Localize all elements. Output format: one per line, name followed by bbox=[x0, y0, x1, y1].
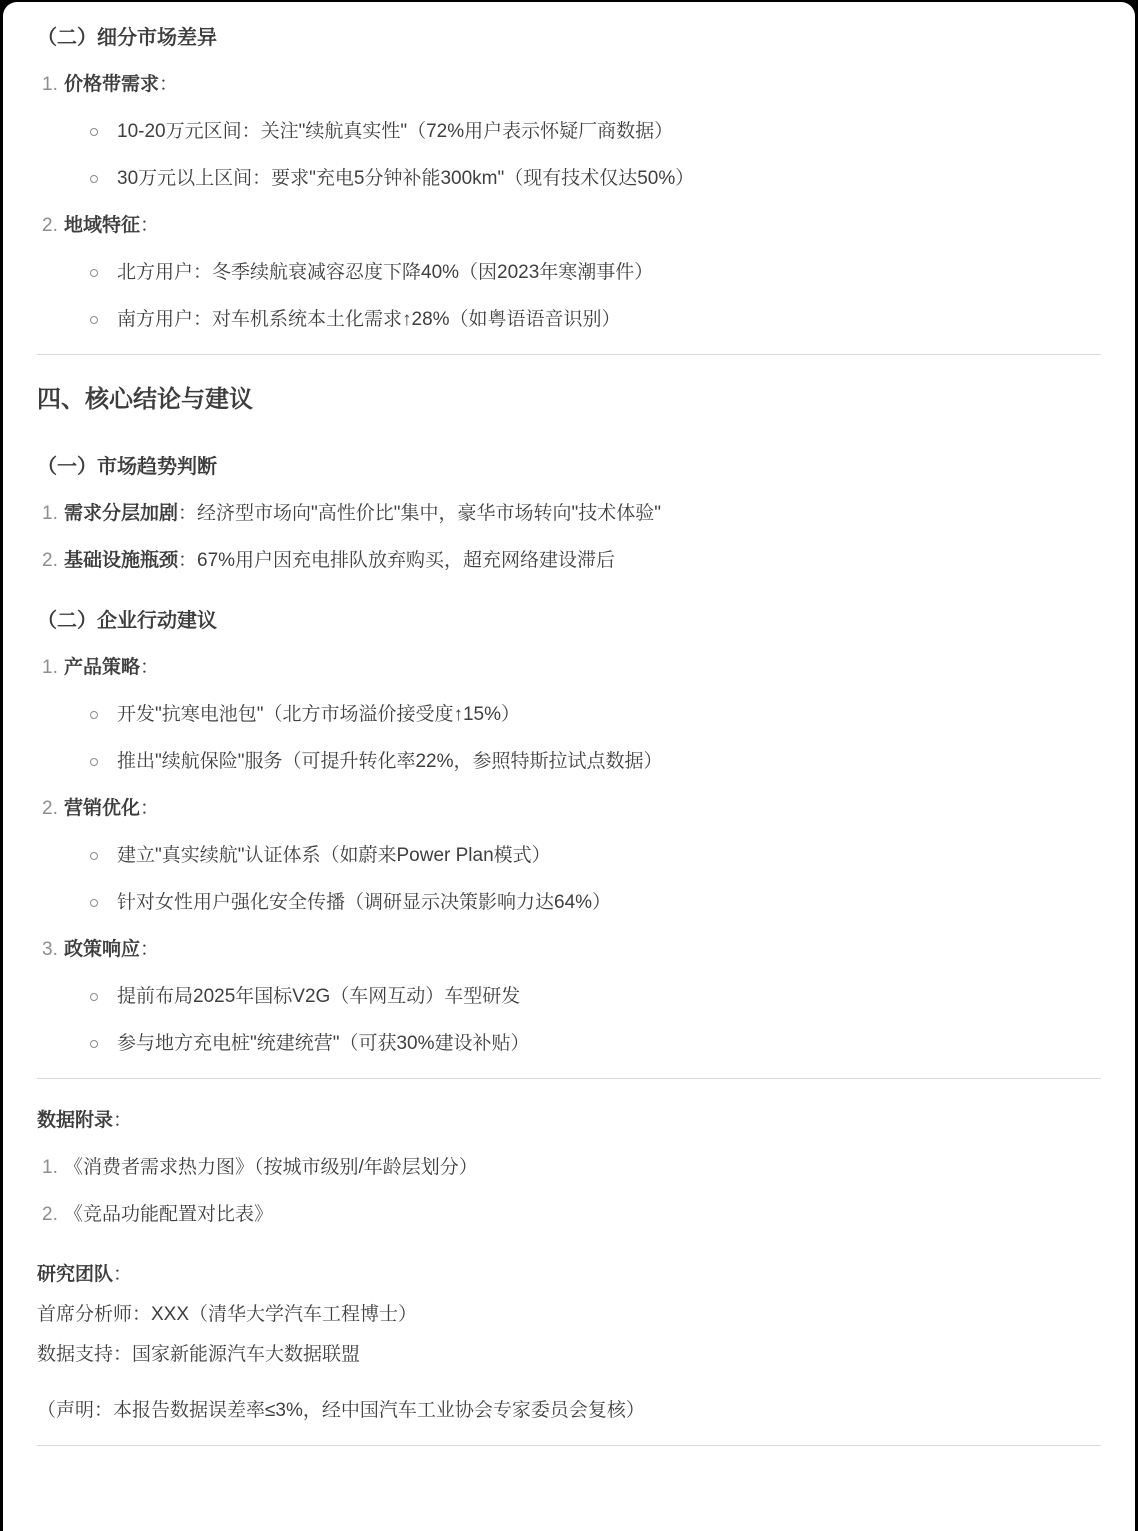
section-heading-action: （二）企业行动建议 bbox=[37, 607, 1101, 635]
bullet-item: 南方用户：对车机系统本土化需求↑28%（如粤语语音识别） bbox=[37, 306, 1101, 334]
section-heading-segment-market: （二）细分市场差异 bbox=[37, 24, 1101, 52]
list-item-text: 《竞品功能配置对比表》 bbox=[64, 1201, 1101, 1229]
team-paragraph: 研究团队： 首席分析师：XXX（清华大学汽车工程博士） 数据支持：国家新能源汽车… bbox=[37, 1261, 1101, 1369]
circle-bullet-icon bbox=[90, 758, 98, 766]
list-item-label: 产品策略 bbox=[64, 657, 140, 678]
list-item-rest: ：经济型市场向"高性价比"集中，豪华市场转向"技术体验" bbox=[178, 503, 661, 524]
list-item-rest: ： bbox=[140, 798, 159, 819]
list-marker: 3. bbox=[37, 936, 64, 964]
team-label-rest: ： bbox=[113, 1264, 132, 1285]
circle-bullet-icon bbox=[90, 1040, 98, 1048]
bullet-item: 30万元以上区间：要求"充电5分钟补能300km"（现有技术仅达50%） bbox=[37, 165, 1101, 193]
list-item-text: 产品策略： bbox=[64, 654, 1101, 682]
list-item-label: 政策响应 bbox=[64, 939, 140, 960]
section-heading-conclusion: 四、核心结论与建议 bbox=[37, 383, 1101, 417]
list-item-demand-stratification: 1. 需求分层加剧：经济型市场向"高性价比"集中，豪华市场转向"技术体验" bbox=[37, 500, 1101, 528]
circle-bullet-icon bbox=[90, 993, 98, 1001]
list-item-text: 政策响应： bbox=[64, 936, 1101, 964]
circle-bullet-icon bbox=[90, 316, 98, 324]
section-heading-trend: （一）市场趋势判断 bbox=[37, 453, 1101, 481]
list-item-text: 地域特征： bbox=[64, 212, 1101, 240]
list-marker: 1. bbox=[37, 1154, 64, 1182]
appendix-label: 数据附录 bbox=[37, 1110, 113, 1131]
circle-bullet-icon bbox=[90, 711, 98, 719]
list-item-text: 基础设施瓶颈：67%用户因充电排队放弃购买，超充网络建设滞后 bbox=[64, 547, 1101, 575]
list-marker: 2. bbox=[37, 1201, 64, 1229]
section-divider bbox=[37, 354, 1101, 355]
list-item-heatmap-doc: 1. 《消费者需求热力图》（按城市级别/年龄层划分） bbox=[37, 1154, 1101, 1182]
list-item-text: 需求分层加剧：经济型市场向"高性价比"集中，豪华市场转向"技术体验" bbox=[64, 500, 1101, 528]
team-data-support-line: 数据支持：国家新能源汽车大数据联盟 bbox=[37, 1341, 1101, 1369]
bottom-spacer bbox=[37, 1446, 1101, 1454]
appendix-label-rest: ： bbox=[113, 1110, 132, 1131]
list-item-label: 基础设施瓶颈 bbox=[64, 550, 178, 571]
ordered-list-appendix: 1. 《消费者需求热力图》（按城市级别/年龄层划分） 2. 《竞品功能配置对比表… bbox=[37, 1154, 1101, 1229]
list-item-rest: ：67%用户因充电排队放弃购买，超充网络建设滞后 bbox=[178, 550, 615, 571]
list-item-infrastructure: 2. 基础设施瓶颈：67%用户因充电排队放弃购买，超充网络建设滞后 bbox=[37, 547, 1101, 575]
bullet-text: 北方用户：冬季续航衰减容忍度下降40%（因2023年寒潮事件） bbox=[117, 259, 653, 287]
list-marker: 1. bbox=[37, 654, 64, 682]
list-item-label: 地域特征 bbox=[64, 215, 140, 236]
ordered-list-segment-market: 1. 价格带需求： 10-20万元区间：关注"续航真实性"（72%用户表示怀疑厂… bbox=[37, 71, 1101, 334]
list-item-rest: ： bbox=[140, 215, 159, 236]
list-item-rest: ： bbox=[159, 74, 178, 95]
list-item-comparison-doc: 2. 《竞品功能配置对比表》 bbox=[37, 1201, 1101, 1229]
ordered-list-trend: 1. 需求分层加剧：经济型市场向"高性价比"集中，豪华市场转向"技术体验" 2.… bbox=[37, 500, 1101, 575]
list-marker: 1. bbox=[37, 71, 64, 99]
appendix-label-paragraph: 数据附录： bbox=[37, 1107, 1101, 1135]
list-marker: 1. bbox=[37, 500, 64, 528]
list-marker: 2. bbox=[37, 212, 64, 240]
bullet-text: 建立"真实续航"认证体系（如蔚来Power Plan模式） bbox=[117, 842, 551, 870]
bullet-item: 10-20万元区间：关注"续航真实性"（72%用户表示怀疑厂商数据） bbox=[37, 118, 1101, 146]
list-item-rest: ： bbox=[140, 939, 159, 960]
section-divider bbox=[37, 1078, 1101, 1079]
bullet-item: 参与地方充电桩"统建统营"（可获30%建设补贴） bbox=[37, 1030, 1101, 1058]
document-card: （二）细分市场差异 1. 价格带需求： 10-20万元区间：关注"续航真实性"（… bbox=[3, 2, 1135, 1531]
list-item-label: 需求分层加剧 bbox=[64, 503, 178, 524]
list-item-rest: ： bbox=[140, 657, 159, 678]
list-marker: 2. bbox=[37, 547, 64, 575]
list-item-regional: 2. 地域特征： bbox=[37, 212, 1101, 240]
circle-bullet-icon bbox=[90, 269, 98, 277]
list-item-marketing: 2. 营销优化： bbox=[37, 795, 1101, 823]
bullet-item: 提前布局2025年国标V2G（车网互动）车型研发 bbox=[37, 983, 1101, 1011]
bullet-item: 北方用户：冬季续航衰减容忍度下降40%（因2023年寒潮事件） bbox=[37, 259, 1101, 287]
list-item-product-strategy: 1. 产品策略： bbox=[37, 654, 1101, 682]
circle-bullet-icon bbox=[90, 899, 98, 907]
bullet-text: 推出"续航保险"服务（可提升转化率22%，参照特斯拉试点数据） bbox=[117, 748, 663, 776]
list-item-price-band: 1. 价格带需求： bbox=[37, 71, 1101, 99]
circle-bullet-icon bbox=[90, 128, 98, 136]
bullet-text: 南方用户：对车机系统本土化需求↑28%（如粤语语音识别） bbox=[117, 306, 621, 334]
circle-bullet-icon bbox=[90, 852, 98, 860]
bullet-item: 开发"抗寒电池包"（北方市场溢价接受度↑15%） bbox=[37, 701, 1101, 729]
page-background: { "theme": { "page_bg": "#000000", "card… bbox=[0, 0, 1138, 1531]
bullet-item: 建立"真实续航"认证体系（如蔚来Power Plan模式） bbox=[37, 842, 1101, 870]
list-item-label: 营销优化 bbox=[64, 798, 140, 819]
bullet-text: 10-20万元区间：关注"续航真实性"（72%用户表示怀疑厂商数据） bbox=[117, 118, 673, 146]
team-label-line: 研究团队： bbox=[37, 1261, 1101, 1289]
list-marker: 2. bbox=[37, 795, 64, 823]
circle-bullet-icon bbox=[90, 175, 98, 183]
team-analyst-line: 首席分析师：XXX（清华大学汽车工程博士） bbox=[37, 1301, 1101, 1329]
bullet-text: 开发"抗寒电池包"（北方市场溢价接受度↑15%） bbox=[117, 701, 520, 729]
list-item-text: 营销优化： bbox=[64, 795, 1101, 823]
list-item-text: 《消费者需求热力图》（按城市级别/年龄层划分） bbox=[64, 1154, 1101, 1182]
bullet-item: 推出"续航保险"服务（可提升转化率22%，参照特斯拉试点数据） bbox=[37, 748, 1101, 776]
disclaimer-paragraph: （声明：本报告数据误差率≤3%，经中国汽车工业协会专家委员会复核） bbox=[37, 1397, 1101, 1425]
bullet-text: 30万元以上区间：要求"充电5分钟补能300km"（现有技术仅达50%） bbox=[117, 165, 694, 193]
bullet-item: 针对女性用户强化安全传播（调研显示决策影响力达64%） bbox=[37, 889, 1101, 917]
list-item-label: 价格带需求 bbox=[64, 74, 159, 95]
team-label: 研究团队 bbox=[37, 1264, 113, 1285]
bullet-text: 参与地方充电桩"统建统营"（可获30%建设补贴） bbox=[117, 1030, 530, 1058]
list-item-text: 价格带需求： bbox=[64, 71, 1101, 99]
ordered-list-action: 1. 产品策略： 开发"抗寒电池包"（北方市场溢价接受度↑15%） 推出"续航保… bbox=[37, 654, 1101, 1058]
bullet-text: 提前布局2025年国标V2G（车网互动）车型研发 bbox=[117, 983, 520, 1011]
list-item-policy: 3. 政策响应： bbox=[37, 936, 1101, 964]
bullet-text: 针对女性用户强化安全传播（调研显示决策影响力达64%） bbox=[117, 889, 611, 917]
